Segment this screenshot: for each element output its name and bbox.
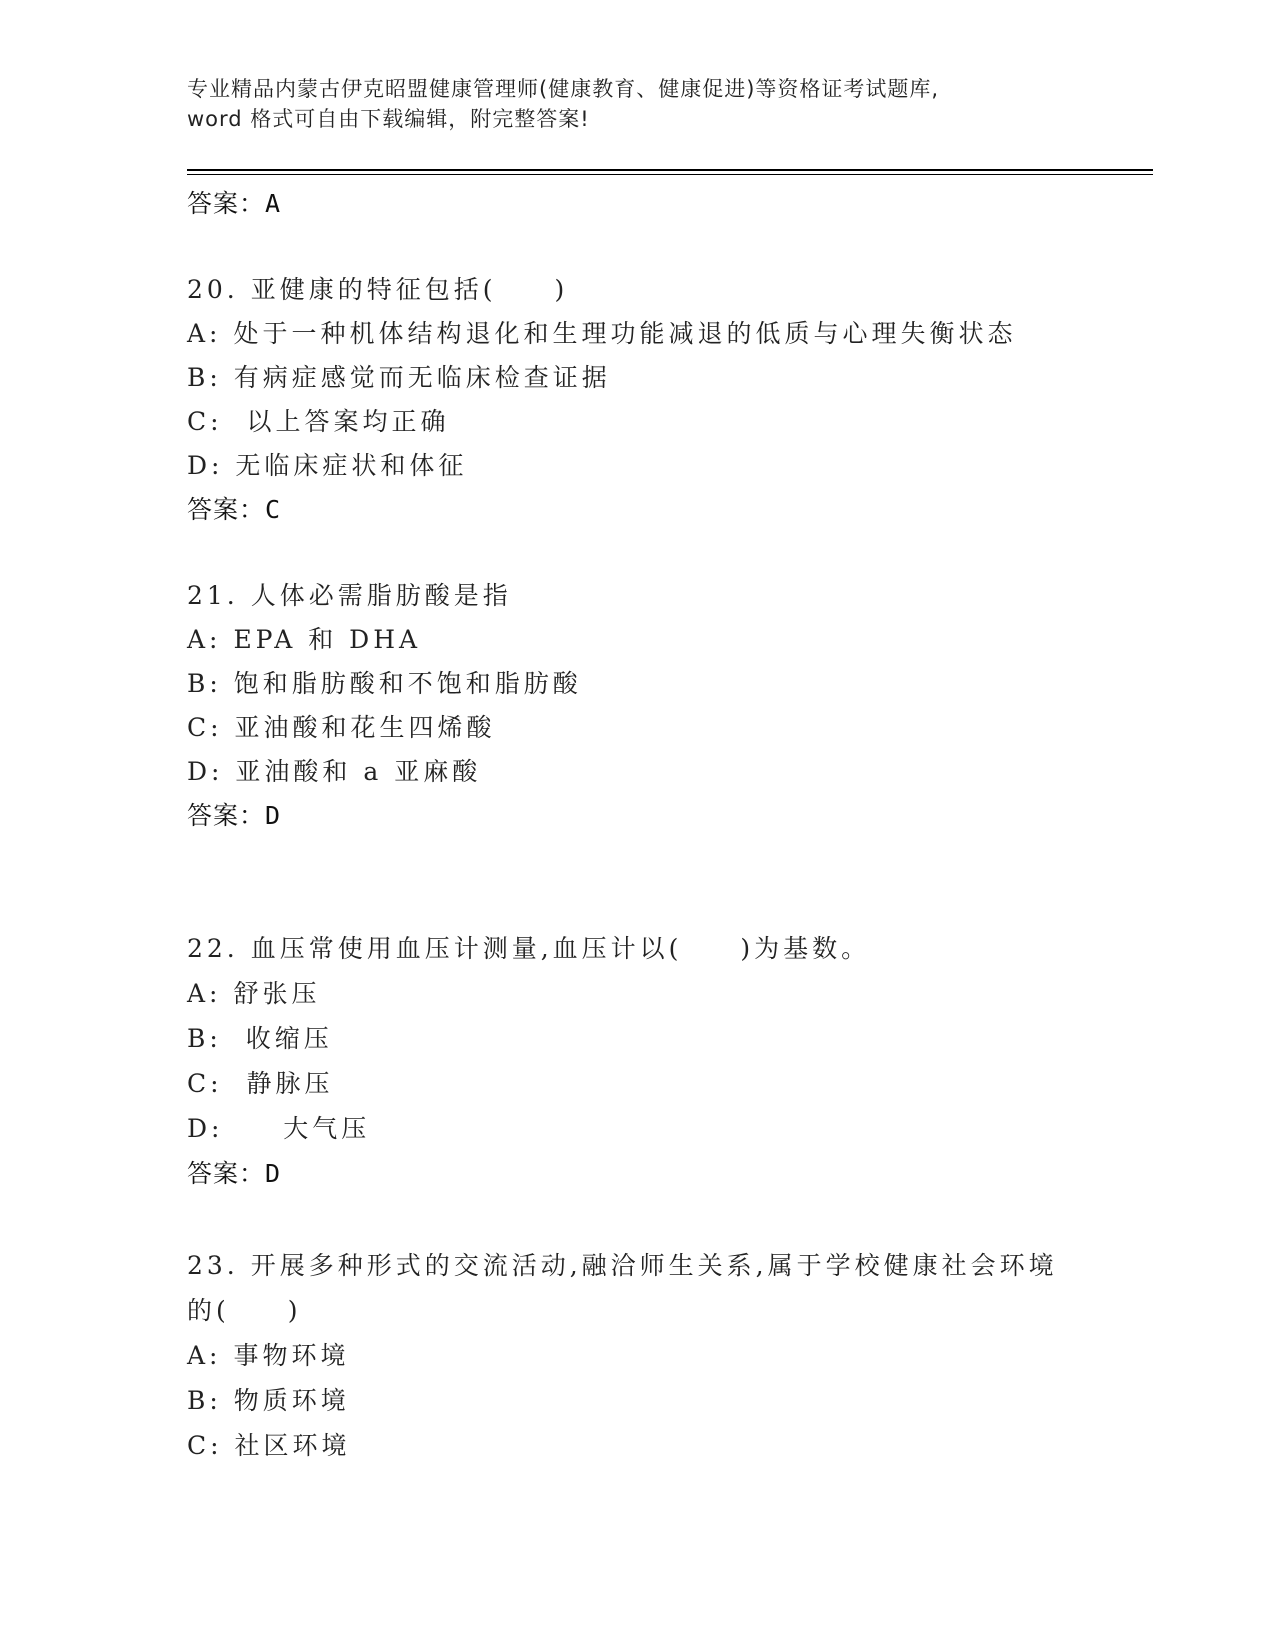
answer-label: 答案： [187,495,265,524]
option-key: A: [187,1341,221,1370]
answer-value: D [265,1159,281,1188]
option-key: D: [187,451,223,480]
option-text: 舒张压 [233,979,320,1008]
option-key: A: [187,979,221,1008]
question-number: 22. [187,934,239,963]
question-22-answer: 答案：D [187,1158,281,1190]
option-key: C: [187,713,223,742]
question-20-option-b: B: 有病症感觉而无临床检查证据 [187,362,611,394]
question-text: 亚健康的特征包括( ) [251,275,569,304]
question-21: 21. 人体必需脂肪酸是指 [187,580,512,612]
answer-value: C [265,495,281,524]
question-text: 开展多种形式的交流活动,融洽师生关系,属于学校健康社会环境 [251,1251,1058,1280]
header-rule-thin [187,174,1153,175]
option-text: 亚油酸和 a 亚麻酸 [235,757,481,786]
question-20-answer: 答案：C [187,494,281,526]
option-text: 物质环境 [234,1386,350,1415]
question-number: 20. [187,275,239,304]
option-text: 收缩压 [234,1024,333,1053]
option-key: B: [187,363,222,392]
question-21-answer: 答案：D [187,800,281,832]
answer-value: D [265,801,281,830]
question-23-option-b: B: 物质环境 [187,1385,350,1417]
option-key: B: [187,669,222,698]
option-key: A: [187,625,221,654]
question-number: 21. [187,581,239,610]
header-line-2: word 格式可自由下载编辑，附完整答案! [187,106,590,132]
answer-label: 答案： [187,1159,265,1188]
option-key: D: [187,1114,223,1143]
option-key: A: [187,319,221,348]
option-text: 社区环境 [235,1431,351,1460]
question-text: 人体必需脂肪酸是指 [251,581,512,610]
option-text: 饱和脂肪酸和不饱和脂肪酸 [234,669,582,698]
option-key: C: [187,407,223,436]
question-text: 血压常使用血压计测量,血压计以( )为基数。 [251,934,870,963]
question-21-option-b: B: 饱和脂肪酸和不饱和脂肪酸 [187,668,582,700]
option-text: EPA 和 DHA [233,625,421,654]
document-page: 专业精品内蒙古伊克昭盟健康管理师(健康教育、健康促进)等资格证考试题库, wor… [0,0,1275,1650]
question-20: 20. 亚健康的特征包括( ) [187,274,568,306]
header-rule-thick [187,169,1153,171]
option-key: B: [187,1024,222,1053]
option-text: 以上答案均正确 [235,407,450,436]
header-line-1: 专业精品内蒙古伊克昭盟健康管理师(健康教育、健康促进)等资格证考试题库, [187,76,939,102]
question-23-option-a: A: 事物环境 [187,1340,349,1372]
question-22-option-d: D: 大气压 [187,1113,370,1145]
option-text: 处于一种机体结构退化和生理功能减退的低质与心理失衡状态 [233,319,1016,348]
question-20-option-c: C: 以上答案均正确 [187,406,449,438]
question-20-option-a: A: 处于一种机体结构退化和生理功能减退的低质与心理失衡状态 [187,318,1016,350]
option-key: B: [187,1386,222,1415]
option-text: 亚油酸和花生四烯酸 [235,713,496,742]
question-22-option-c: C: 静脉压 [187,1068,333,1100]
question-22: 22. 血压常使用血压计测量,血压计以( )为基数。 [187,933,870,965]
answer-label: 答案： [187,189,265,218]
question-23-continuation: 的( ) [187,1295,302,1327]
option-text: 静脉压 [235,1069,334,1098]
previous-answer: 答案：A [187,188,281,220]
option-text: 有病症感觉而无临床检查证据 [234,363,611,392]
question-22-option-b: B: 收缩压 [187,1023,333,1055]
option-text: 事物环境 [233,1341,349,1370]
answer-label: 答案： [187,801,265,830]
option-text: 大气压 [235,1114,370,1143]
question-23-option-c: C: 社区环境 [187,1430,351,1462]
question-21-option-a: A: EPA 和 DHA [187,624,421,656]
question-20-option-d: D: 无临床症状和体征 [187,450,467,482]
question-number: 23. [187,1251,239,1280]
answer-value: A [265,189,281,218]
question-23: 23. 开展多种形式的交流活动,融洽师生关系,属于学校健康社会环境 [187,1250,1058,1282]
option-text: 无临床症状和体征 [235,451,467,480]
option-key: D: [187,757,223,786]
option-key: C: [187,1431,223,1460]
option-key: C: [187,1069,223,1098]
question-21-option-c: C: 亚油酸和花生四烯酸 [187,712,496,744]
question-22-option-a: A: 舒张压 [187,978,320,1010]
question-21-option-d: D: 亚油酸和 a 亚麻酸 [187,756,481,788]
